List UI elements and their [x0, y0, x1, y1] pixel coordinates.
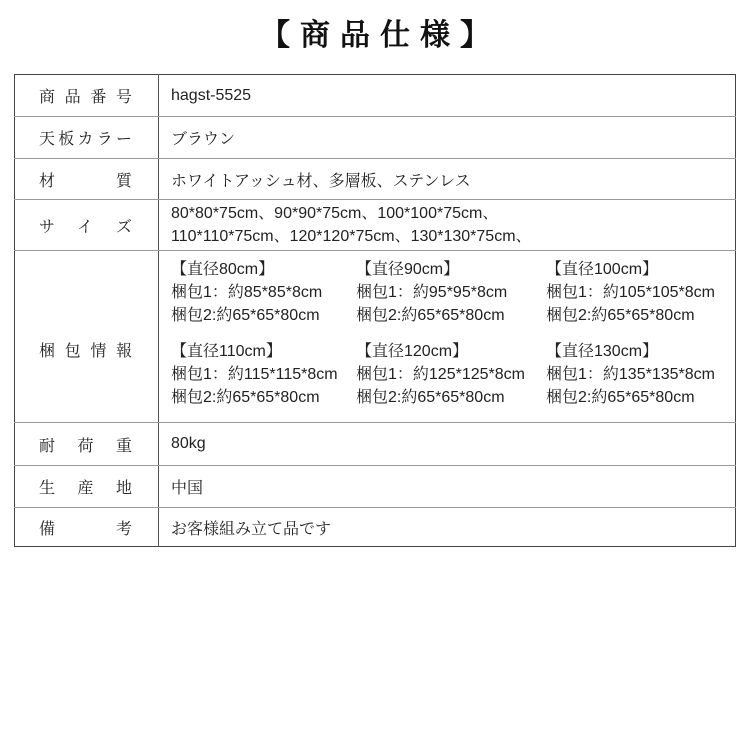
packing-variant-110: 【直径110cm】 梱包1：約115*115*8cm 梱包2:約65*65*80… — [171, 340, 356, 409]
row-label-cell: 梱包情報 — [15, 251, 159, 423]
packing-variant-title: 【直径120cm】 — [356, 340, 546, 363]
row-value: hagst-5525 — [159, 75, 736, 117]
row-label-cell: サイズ — [15, 200, 159, 251]
row-value: 80kg — [159, 423, 736, 466]
row-label: 梱包情報 — [39, 338, 132, 361]
packing-line-1: 梱包1：約135*135*8cm — [546, 363, 735, 386]
packing-variant-90: 【直径90cm】 梱包1：約95*95*8cm 梱包2:約65*65*80cm — [356, 258, 546, 327]
row-label-cell: 天板カラー — [15, 117, 159, 159]
table-row-remarks: 備考 お客様組み立て品です — [15, 508, 736, 547]
row-label-cell: 生産地 — [15, 466, 159, 508]
table-row-material: 材質 ホワイトアッシュ材、多層板、ステンレス — [15, 159, 736, 200]
table-row-production-place: 生産地 中国 — [15, 466, 736, 508]
table-row-size: サイズ 80*80*75cm、90*90*75cm、100*100*75cm、 … — [15, 200, 736, 251]
row-value: 80*80*75cm、90*90*75cm、100*100*75cm、 110*… — [159, 200, 736, 251]
row-value: ホワイトアッシュ材、多層板、ステンレス — [159, 159, 736, 200]
row-label: 天板カラー — [39, 126, 132, 149]
size-line-2: 110*110*75cm、120*120*75cm、130*130*75cm、 — [171, 225, 727, 248]
packing-line-2: 梱包2:約65*65*80cm — [546, 304, 735, 327]
row-value: お客様組み立て品です — [159, 508, 736, 547]
row-label: 生産地 — [39, 475, 132, 498]
packing-group-2: 【直径110cm】 梱包1：約115*115*8cm 梱包2:約65*65*80… — [171, 340, 735, 409]
row-label-cell: 商品番号 — [15, 75, 159, 117]
packing-line-1: 梱包1：約105*105*8cm — [546, 281, 735, 304]
row-label: 耐荷重 — [39, 433, 132, 456]
packing-line-2: 梱包2:約65*65*80cm — [356, 304, 546, 327]
row-value: 中国 — [159, 466, 736, 508]
row-value: ブラウン — [159, 117, 736, 159]
row-label: 材質 — [39, 168, 132, 191]
row-label-cell: 備考 — [15, 508, 159, 547]
table-row-load-capacity: 耐荷重 80kg — [15, 423, 736, 466]
table-row-top-color: 天板カラー ブラウン — [15, 117, 736, 159]
packing-line-2: 梱包2:約65*65*80cm — [356, 386, 546, 409]
packing-line-1: 梱包1：約115*115*8cm — [171, 363, 356, 386]
table-row-product-number: 商品番号 hagst-5525 — [15, 75, 736, 117]
packing-line-2: 梱包2:約65*65*80cm — [171, 386, 356, 409]
packing-line-2: 梱包2:約65*65*80cm — [546, 386, 735, 409]
row-label: サイズ — [39, 214, 132, 237]
packing-variant-80: 【直径80cm】 梱包1：約85*85*8cm 梱包2:約65*65*80cm — [171, 258, 356, 327]
row-label: 商品番号 — [39, 84, 132, 107]
packing-line-1: 梱包1：約95*95*8cm — [356, 281, 546, 304]
row-label: 備考 — [39, 516, 132, 539]
packing-variant-title: 【直径80cm】 — [171, 258, 356, 281]
packing-line-1: 梱包1：約125*125*8cm — [356, 363, 546, 386]
packing-variant-100: 【直径100cm】 梱包1：約105*105*8cm 梱包2:約65*65*80… — [546, 258, 735, 327]
packing-variant-title: 【直径110cm】 — [171, 340, 356, 363]
packing-variant-120: 【直径120cm】 梱包1：約125*125*8cm 梱包2:約65*65*80… — [356, 340, 546, 409]
packing-variant-title: 【直径90cm】 — [356, 258, 546, 281]
packing-group-1: 【直径80cm】 梱包1：約85*85*8cm 梱包2:約65*65*80cm … — [171, 258, 735, 327]
row-label-cell: 材質 — [15, 159, 159, 200]
packing-line-2: 梱包2:約65*65*80cm — [171, 304, 356, 327]
spec-table: 商品番号 hagst-5525 天板カラー ブラウン 材質 ホワイトアッシュ材、… — [14, 74, 736, 547]
packing-variant-title: 【直径130cm】 — [546, 340, 735, 363]
size-line-1: 80*80*75cm、90*90*75cm、100*100*75cm、 — [171, 202, 727, 225]
row-value: 【直径80cm】 梱包1：約85*85*8cm 梱包2:約65*65*80cm … — [159, 251, 736, 423]
packing-line-1: 梱包1：約85*85*8cm — [171, 281, 356, 304]
packing-variant-title: 【直径100cm】 — [546, 258, 735, 281]
table-row-packing-info: 梱包情報 【直径80cm】 梱包1：約85*85*8cm 梱包2:約65*65*… — [15, 251, 736, 423]
page-title: 【商品仕様】 — [0, 10, 750, 54]
packing-variant-130: 【直径130cm】 梱包1：約135*135*8cm 梱包2:約65*65*80… — [546, 340, 735, 409]
row-label-cell: 耐荷重 — [15, 423, 159, 466]
